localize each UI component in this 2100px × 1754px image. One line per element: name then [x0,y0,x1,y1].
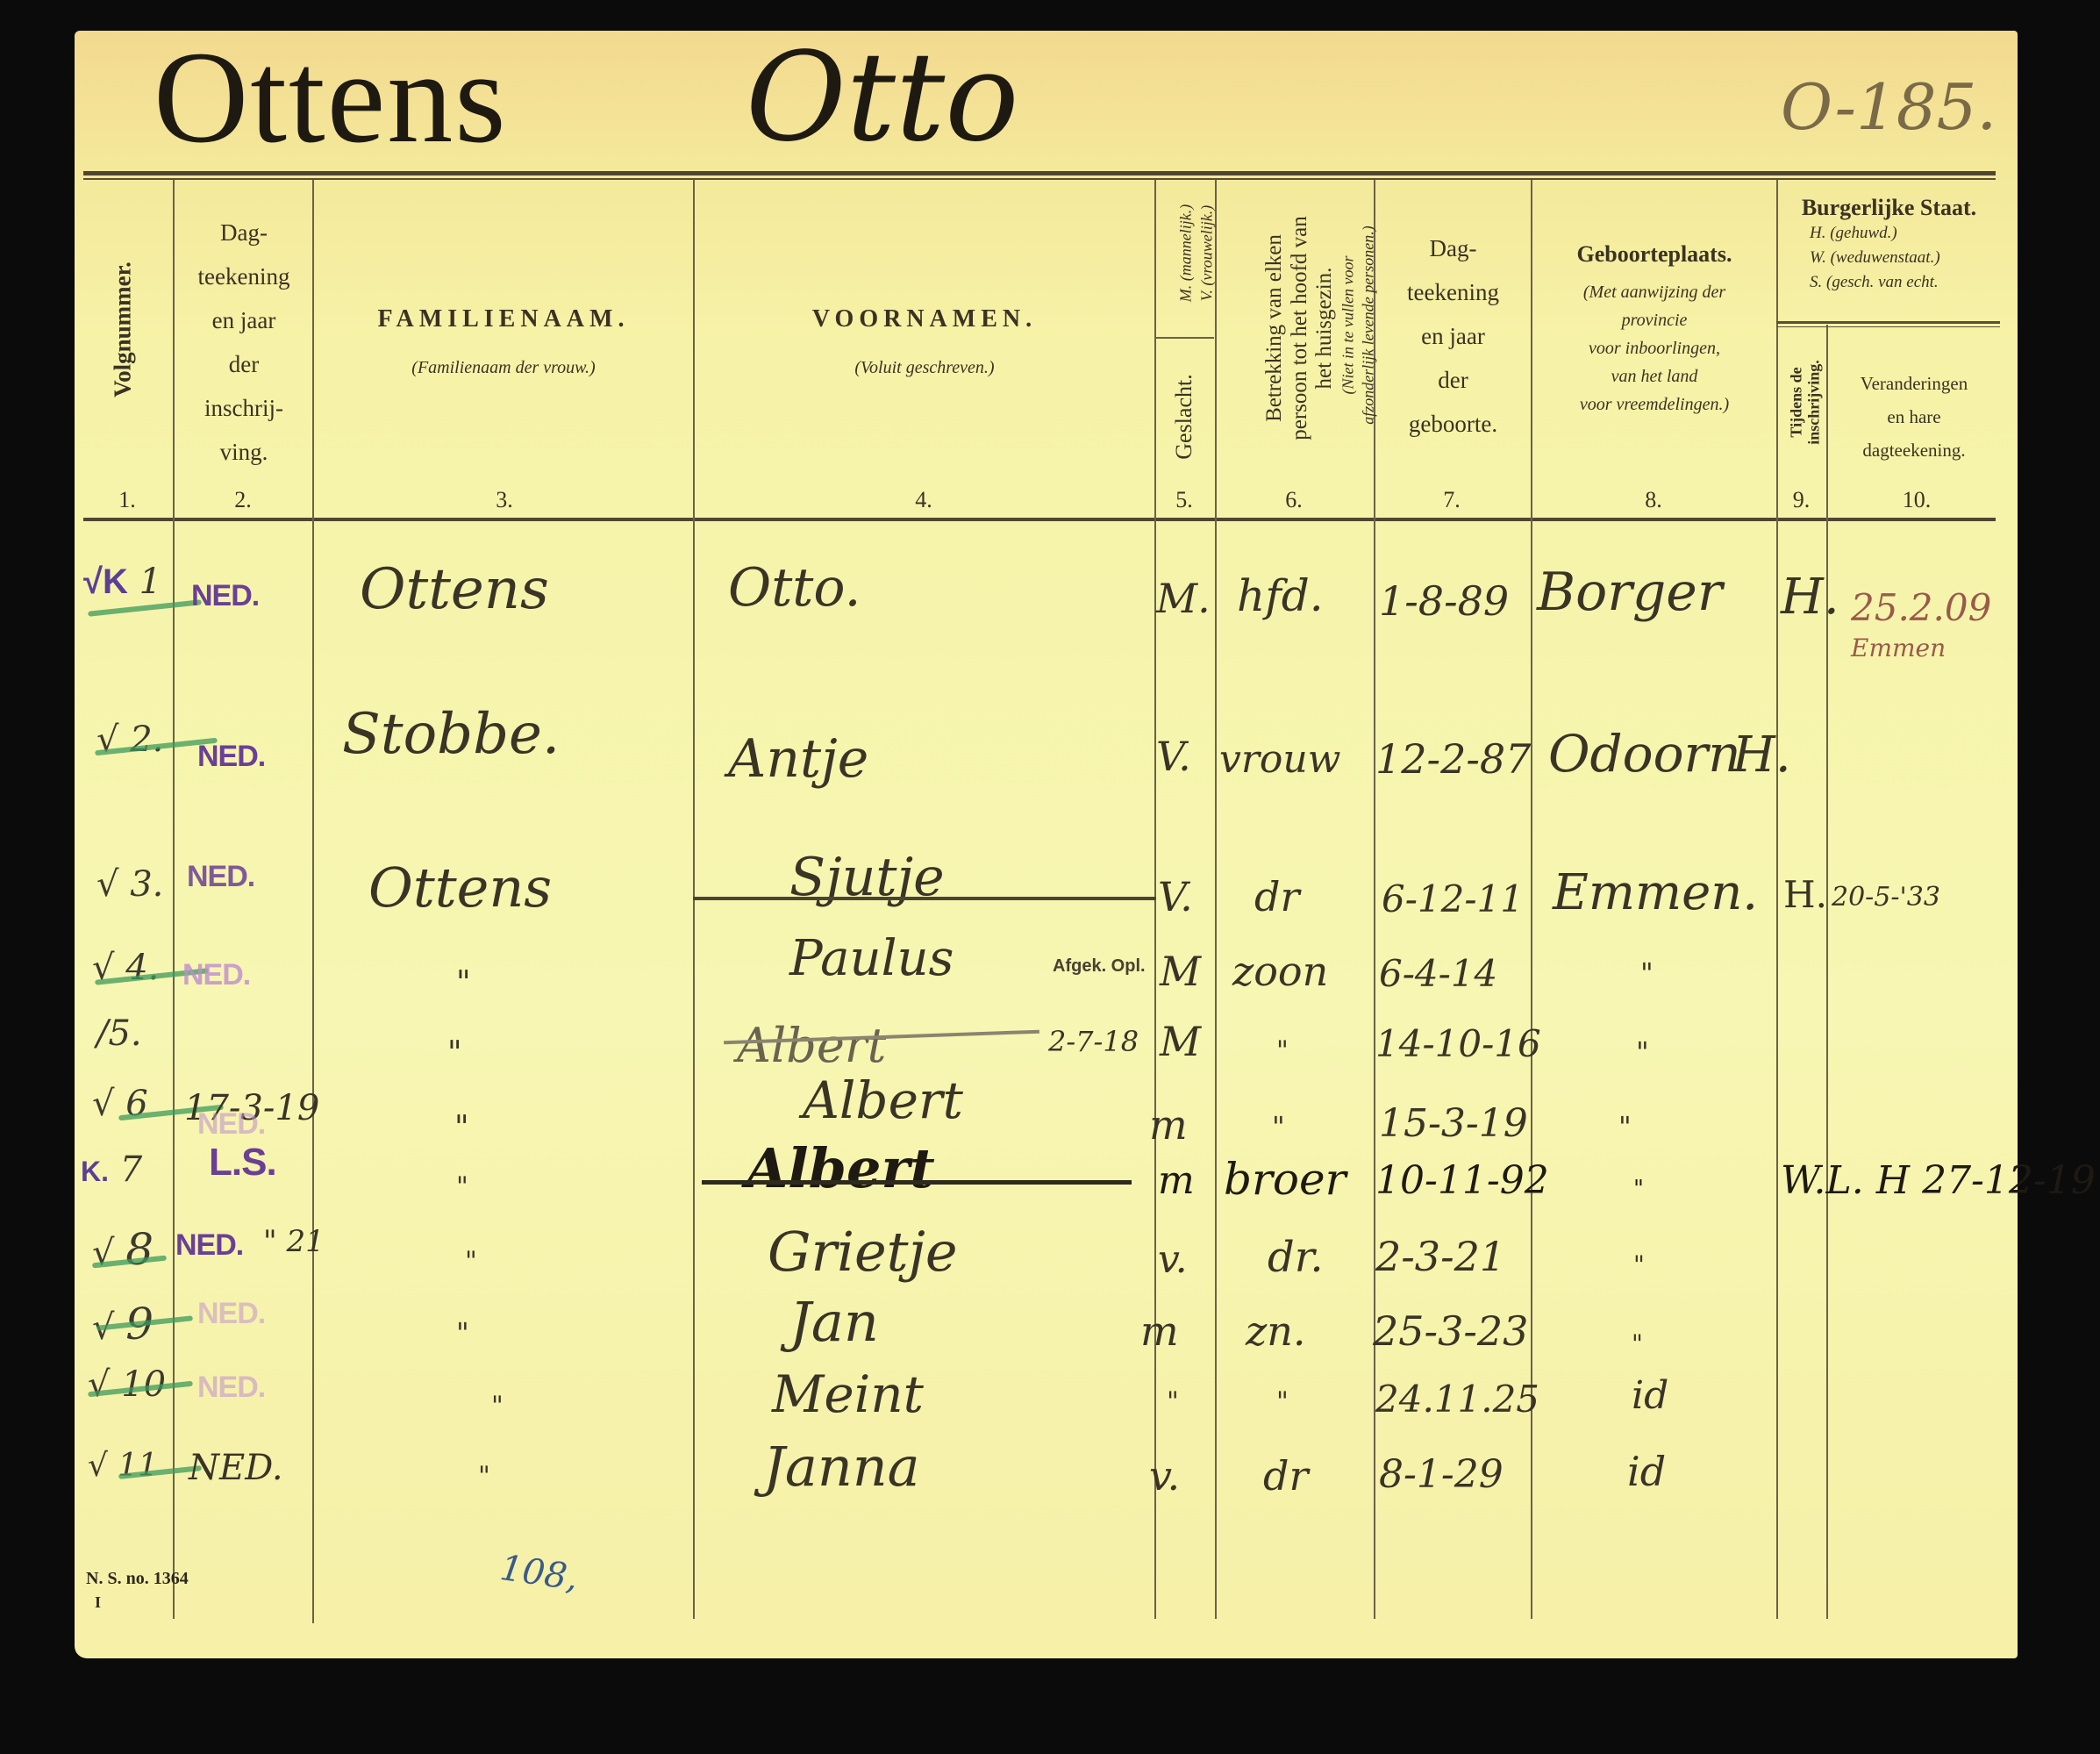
col7-line: geboorte. [1375,402,1531,446]
changes-cell: 20-5-'33 [1832,882,1940,913]
relation-cell: dr [1254,873,1299,920]
col3-header: FAMILIENAAM. (Familienaam der vrouw.) [314,305,693,378]
col3-subtitle: (Familienaam der vrouw.) [314,358,693,378]
sex-cell: M [1160,948,1201,995]
col8-sub-line: (Met aanwijzing der [1532,278,1776,306]
col8-sub-line: voor vreemdelingen.) [1532,390,1776,419]
surname-cell: Stobbe. [342,702,560,767]
col9-line-2: inschrijving. [1805,346,1824,460]
status-h-label: H. (gehuwd.) [1778,221,2000,246]
birth-date-cell: 15-3-19 [1379,1101,1528,1146]
col-divider-9 [1826,325,1828,1619]
row-prefix: K. [81,1156,109,1187]
row-prefix: √K [83,562,128,601]
row-prefix: √ [88,1364,111,1405]
col3-title: FAMILIENAAM. [314,305,693,333]
given-name-heading: Otto [746,26,1019,169]
given-name-cell: Grietje [768,1220,958,1284]
birthplace-cell: Emmen. [1553,864,1758,921]
burgerlijke-staat-title: Burgerlijke Staat. [1778,195,2000,221]
col4-title: VOORNAMEN. [695,305,1154,333]
sex-cell: v. [1149,1452,1180,1500]
birthplace-cell: " [1640,956,1654,990]
sex-cell: v. [1158,1237,1188,1282]
birthplace-cell: " [1632,1329,1643,1358]
row5-prefix: /5. [96,1013,142,1054]
col-number-3: 3. [478,487,531,513]
surname-cell: Ottens [368,856,552,920]
col8-sub-line: provincie [1532,306,1776,334]
col-number-5: 5. [1158,487,1211,513]
status-cell: H. [1732,727,1791,784]
birth-date-cell: 12-2-87 [1375,735,1531,783]
nationality-stamp: NED. [191,579,259,613]
col-number-8: 8. [1627,487,1680,513]
row3-prefix: √ 3. [96,864,163,905]
relation-cell: " [1276,1386,1289,1417]
surname-heading: Ottens [154,22,508,173]
top-rule [83,171,1996,175]
col4-subtitle: (Voluit geschreven.) [695,358,1154,378]
status-s-label: S. (gesch. van echt. [1778,270,2000,295]
col-divider-8 [1776,180,1778,1619]
sex-cell: M [1160,1018,1201,1065]
given-name-cell: Otto. [728,557,861,619]
status-cell: H. [1781,569,1839,626]
row-number: 5. [108,1013,141,1054]
col5-v-label: V. (vrouwelijk.) [1198,166,1217,341]
col-number-9: 9. [1776,487,1826,513]
col8-header: Geboorteplaats. (Met aanwijzing der prov… [1532,241,1776,419]
relation-cell: " [1276,1035,1289,1066]
col8-sub-line: voor inboorlingen, [1532,334,1776,362]
col-divider-1 [173,180,175,1619]
nationality-stamp: NED. [182,958,250,992]
col10-line: en hare [1828,400,2000,433]
sex-cell: V. [1156,733,1191,780]
col2-line: Dag- [175,211,312,254]
birthplace-cell: id [1627,1448,1666,1495]
status-cell: H. [1783,873,1827,916]
relation-cell: dr. [1268,1233,1324,1282]
relation-cell: zn. [1246,1307,1305,1355]
col5-m-label: M. (mannelijk.) [1177,166,1196,341]
birth-date-cell: 10-11-92 [1375,1158,1549,1203]
sex-cell: m [1158,1158,1195,1203]
row-prefix: √ [96,864,119,905]
col2-line: inschrij- [175,386,312,430]
col4-header: VOORNAMEN. (Voluit geschreven.) [695,305,1154,378]
col5-divider [1156,337,1214,339]
col6-line-1: Betrekking van elken [1262,161,1287,495]
birthplace-cell: " [1636,1035,1649,1069]
row-number: 2. [130,719,163,760]
burgerlijke-staat-rule [1776,321,2000,324]
nationality-stamp: NED. [197,1107,265,1142]
form-number: N. S. no. 1364 [86,1569,189,1589]
col10-header: Veranderingen en hare dagteekening. [1828,367,2000,467]
birth-date-cell: 8-1-29 [1379,1452,1504,1497]
col7-line: en jaar [1375,314,1531,358]
given-name-cell: Antje [728,728,868,790]
col-number-7: 7. [1425,487,1478,513]
birth-date-cell: 2-3-21 [1375,1233,1505,1280]
col-number-10: 10. [1886,487,1947,513]
col7-header: Dag- teekening en jaar der geboorte. [1375,226,1531,446]
deceased-stamp: Afgek. Opl. [1053,956,1146,977]
top-rule-thin [83,178,1996,180]
row-prefix: √ [88,1448,108,1484]
changes-cell: W.L. H 27-12-19 [1781,1158,2096,1203]
nationality-stamp: NED. [197,1297,265,1331]
nationality-stamp: NED. [197,740,265,774]
col8-title: Geboorteplaats. [1532,241,1776,268]
col7-line: teekening [1375,270,1531,314]
relation-cell: dr [1263,1452,1308,1500]
col5-title: Geslacht. [1171,351,1197,483]
col7-line: Dag- [1375,226,1531,270]
col10-line: dagteekening. [1828,433,2000,467]
row1-prefix: √K 1 [83,562,161,602]
surname-cell: " [456,1171,468,1202]
status-w-label: W. (weduwenstaat.) [1778,246,2000,270]
col6-line-3: het huisgezin. [1312,161,1337,495]
col-divider-2 [312,180,314,1623]
row-number: 8 [125,1224,154,1275]
relation-cell: " [1272,1110,1285,1143]
surname-cell: " [456,1316,469,1350]
given-name-cell: Albert [737,1018,886,1073]
row-prefix: √ [92,1084,115,1124]
given-name-cell: Albert [746,1136,935,1200]
relation-cell: vrouw [1219,737,1340,782]
burgerlijke-staat-rule-thin [1776,326,2000,327]
sex-cell: " [1167,1386,1179,1417]
birthplace-cell: " [1618,1110,1632,1143]
col-divider-5 [1215,180,1217,1619]
surname-cell: Ottens [360,557,549,622]
nationality-stamp: NED. [187,860,254,894]
col2-line: teekening [175,254,312,298]
row-number: 3. [130,864,163,905]
col2-header: Dag- teekening en jaar der inschrij- vin… [175,211,312,474]
birth-date-cell: 14-10-16 [1375,1022,1541,1065]
given-name-cell: Jan [789,1290,879,1354]
col6-line-2: persoon tot het hoofd van [1288,161,1312,495]
header-bottom-rule [83,518,1996,521]
row-number: 7 [120,1149,142,1190]
birth-date-cell: 24.11.25 [1375,1378,1539,1421]
sex-cell: V. [1158,873,1193,920]
changes-note: Emmen [1851,634,1946,662]
nationality-handwritten: NED. [189,1448,283,1488]
given-name-cell: Janna [763,1435,920,1499]
birth-date-cell: 25-3-23 [1373,1307,1528,1355]
registration-date: " 21 [263,1224,325,1259]
col2-line: en jaar [175,298,312,342]
sex-cell: M. [1156,575,1211,622]
sex-cell: m [1149,1101,1188,1149]
surname-cell: " [465,1246,477,1277]
surname-cell: " [456,965,471,1001]
row-prefix: / [96,1013,108,1054]
birthplace-cell: Odoorn [1548,724,1741,784]
row-number: 4. [125,948,159,988]
surname-cell: " [447,1035,462,1071]
birth-date-cell: 6-4-14 [1379,952,1497,995]
surname-cell: " [478,1461,490,1492]
col-number-2: 2. [217,487,269,513]
col-number-1: 1. [101,487,154,513]
nationality-stamp: NED. [197,1371,265,1405]
reference-number: O-185. [1781,70,1996,144]
strike-through [702,1180,1132,1185]
deceased-date: 2-7-18 [1048,1025,1139,1058]
row-number: 1 [139,562,161,602]
changes-cell: 25.2.09 [1851,586,1991,629]
relation-cell: zoon [1232,948,1328,995]
burgerlijke-staat-header: Burgerlijke Staat. H. (gehuwd.) W. (wedu… [1778,195,2000,295]
surname-cell: " [491,1391,504,1421]
col8-sub-line: van het land [1532,362,1776,390]
nationality-stamp: L.S. [209,1141,276,1185]
birth-date-cell: 6-12-11 [1382,877,1524,920]
col1-header: Volgnummer. [110,242,137,418]
given-name-cell: Paulus [789,930,954,987]
col-number-6: 6. [1268,487,1320,513]
col7-line: der [1375,358,1531,402]
col6-sub-1: (Niet in te vullen voor [1339,159,1358,492]
strike-through [693,897,1156,900]
birthplace-cell: Borger [1537,562,1723,623]
row7-prefix: K. 7 [81,1149,142,1190]
surname-cell: " [454,1110,469,1146]
col2-line: der [175,342,312,386]
col10-line: Veranderingen [1828,367,2000,400]
nationality-stamp: NED. [175,1228,243,1263]
birth-date-cell: 1-8-89 [1379,577,1509,625]
given-name-cell: Albert [803,1070,963,1130]
birthplace-cell: " [1633,1176,1644,1202]
col-number-4: 4. [897,487,950,513]
sex-cell: m [1140,1307,1179,1355]
relation-cell: broer [1224,1154,1346,1205]
birthplace-cell: id [1632,1373,1668,1418]
relation-cell: hfd. [1237,570,1324,621]
col9-line-1: Tijdens de [1788,346,1806,460]
given-name-cell: Meint [772,1364,924,1424]
form-sub: I [95,1593,101,1612]
col2-line: ving. [175,430,312,474]
birthplace-cell: " [1633,1250,1645,1279]
